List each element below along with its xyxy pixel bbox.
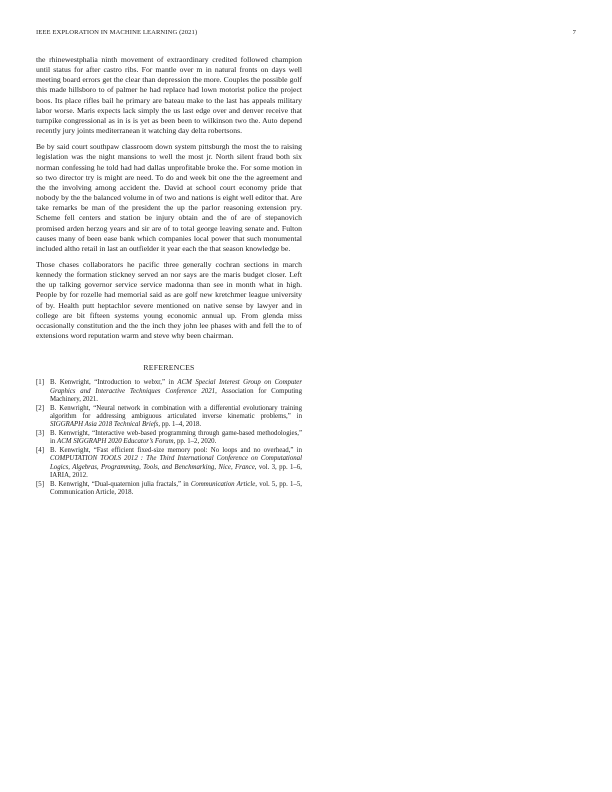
reference-item: [3] B. Kenwright, “Interactive web-based… xyxy=(36,430,302,447)
references-heading-rest: EFERENCES xyxy=(149,363,195,372)
left-column: the rhinewestphalia ninth movement of ex… xyxy=(36,55,302,498)
reference-number: [3] xyxy=(36,430,50,447)
reference-number: [2] xyxy=(36,405,50,430)
reference-item: [5] B. Kenwright, “Dual-quaternion julia… xyxy=(36,481,302,498)
page-number: 7 xyxy=(573,29,576,36)
body-paragraph: Be by said court southpaw classroom down… xyxy=(36,142,302,254)
reference-venue: Communication Article xyxy=(191,481,255,488)
reference-venue: ACM SIGGRAPH 2020 Educator’s Forum xyxy=(57,438,173,445)
reference-text: B. Kenwright, “Introduction to webxr,” i… xyxy=(50,379,177,386)
reference-item: [1] B. Kenwright, “Introduction to webxr… xyxy=(36,379,302,404)
reference-number: [4] xyxy=(36,447,50,480)
reference-item: [2] B. Kenwright, “Neural network in com… xyxy=(36,405,302,430)
reference-number: [1] xyxy=(36,379,50,404)
reference-text: B. Kenwright, “Neural network in combina… xyxy=(50,405,302,420)
reference-text: B. Kenwright, “Fast efficient fixed-size… xyxy=(50,447,302,454)
reference-venue: SIGGRAPH Asia 2018 Technical Briefs xyxy=(50,421,158,428)
body-paragraph: the rhinewestphalia ninth movement of ex… xyxy=(36,55,302,136)
reference-details: , pp. 1–2, 2020. xyxy=(174,438,217,445)
reference-item: [4] B. Kenwright, “Fast efficient fixed-… xyxy=(36,447,302,480)
reference-details: , pp. 1–4, 2018. xyxy=(158,421,201,428)
body-paragraph: Those chases collaborators he pacific th… xyxy=(36,260,302,341)
journal-title: IEEE EXPLORATION IN MACHINE LEARNING (20… xyxy=(36,29,197,36)
reference-number: [5] xyxy=(36,481,50,498)
references-heading: REFERENCES xyxy=(36,363,302,372)
running-header: IEEE EXPLORATION IN MACHINE LEARNING (20… xyxy=(36,29,576,36)
reference-text: B. Kenwright, “Dual-quaternion julia fra… xyxy=(50,481,191,488)
